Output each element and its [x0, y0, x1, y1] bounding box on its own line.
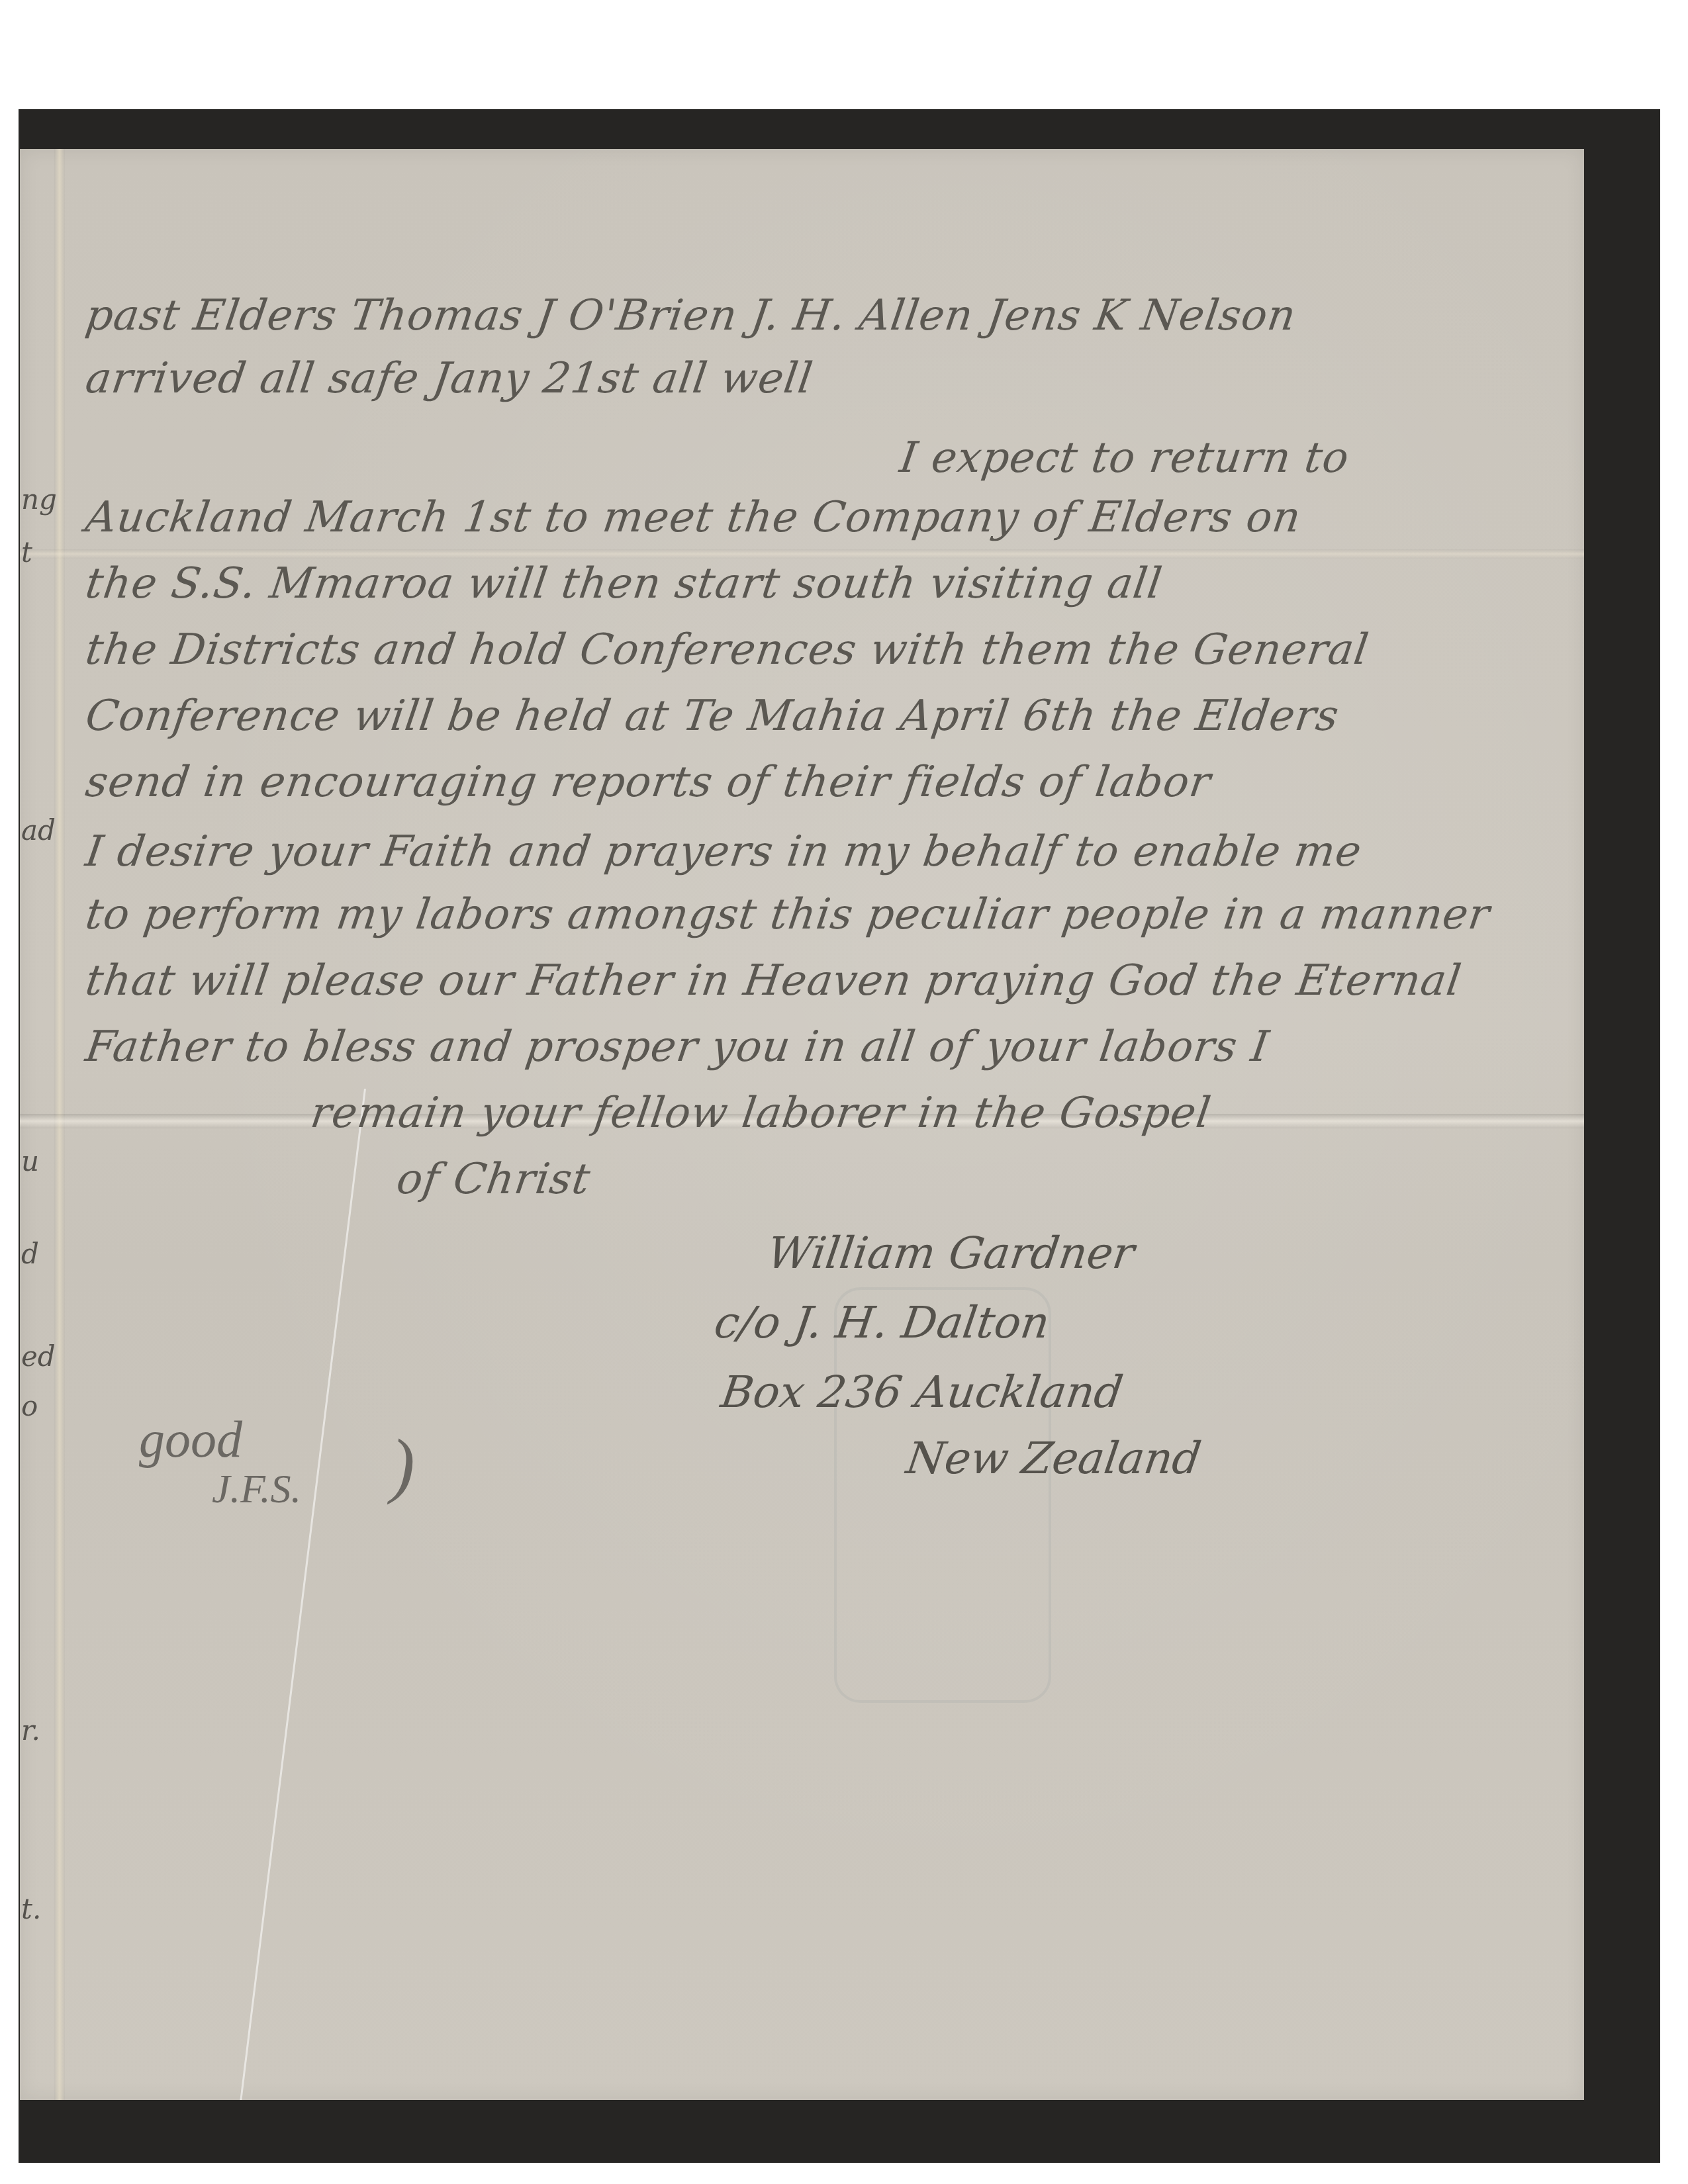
letter-line: arrived all safe Jany 21st all well: [83, 354, 816, 403]
previous-page-margin: ng t ad u d ed o r. t.: [20, 149, 54, 2100]
letter-line: the Districts and hold Conferences with …: [83, 625, 1372, 674]
upper-fold-line: [20, 549, 1584, 559]
pencil-annotation-good: good: [139, 1410, 242, 1469]
margin-fragment: t: [21, 536, 32, 569]
letter-page: ng t ad u d ed o r. t. past Elders Thoma…: [20, 149, 1584, 2100]
letter-line: I desire your Faith and prayers in my be…: [83, 827, 1365, 876]
signature-address: Box 236 Auckland: [718, 1367, 1127, 1418]
margin-fragment: ad: [21, 814, 56, 846]
margin-fragment: o: [21, 1390, 38, 1422]
letter-line: to perform my labors amongst this peculi…: [83, 890, 1493, 939]
letter-line: I expect to return to: [897, 433, 1352, 482]
margin-fragment: t.: [21, 1893, 41, 1925]
signature-country: New Zealand: [904, 1433, 1205, 1484]
faint-bleed-through-mark: [834, 1287, 1051, 1703]
signature-name: William Gardner: [765, 1228, 1138, 1279]
margin-fragment: ed: [21, 1340, 56, 1373]
margin-fragment: r.: [21, 1714, 40, 1747]
letter-line: remain your fellow laborer in the Gospel: [308, 1089, 1214, 1138]
letter-line: of Christ: [394, 1155, 594, 1204]
margin-fragment: ng: [21, 483, 57, 516]
letter-line: send in encouraging reports of their fie…: [83, 758, 1214, 807]
pencil-annotation-initials: J.F.S.: [212, 1466, 301, 1513]
margin-fragment: d: [21, 1238, 39, 1270]
diagonal-crease: [238, 1089, 366, 2100]
letter-line: past Elders Thomas J O'Brien J. H. Allen…: [83, 291, 1299, 340]
letter-line: the S.S. Mmaroa will then start south vi…: [83, 559, 1166, 608]
letter-line: that will please our Father in Heaven pr…: [83, 956, 1464, 1005]
pencil-annotation-bracket: ): [391, 1423, 415, 1507]
letter-line: Father to bless and prosper you in all o…: [83, 1023, 1272, 1071]
letter-line: Auckland March 1st to meet the Company o…: [83, 493, 1304, 542]
signature-care-of: c/o J. H. Dalton: [712, 1297, 1053, 1348]
margin-fragment: u: [21, 1145, 39, 1177]
letter-line: Conference will be held at Te Mahia Apri…: [83, 692, 1342, 741]
